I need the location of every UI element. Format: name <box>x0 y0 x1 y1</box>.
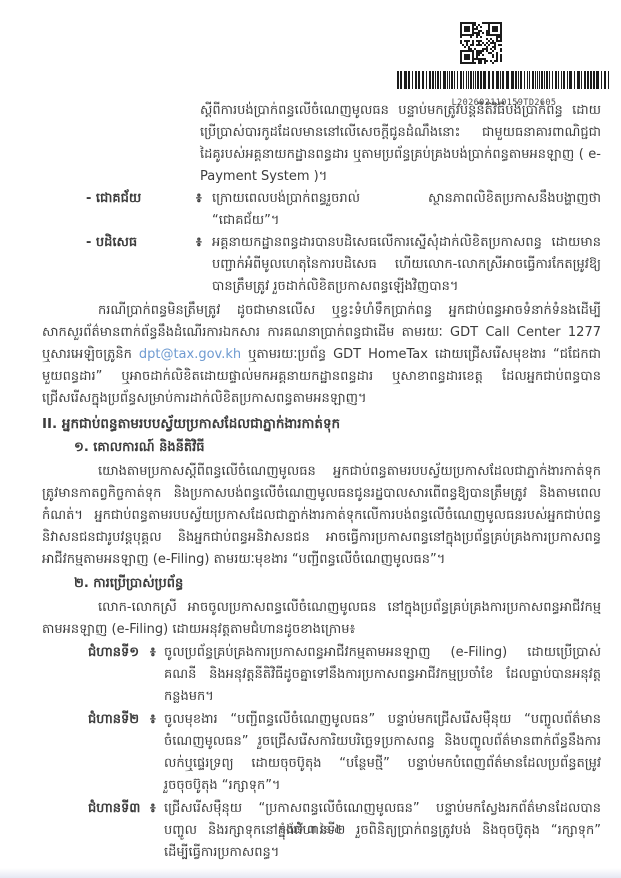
khmer-colon: ៖ <box>150 642 164 708</box>
step-label: ជំហានទី១ <box>88 642 150 708</box>
sub1-paragraph: យោងតាមប្រកាសស្ដីពីពន្ធលើចំណេញមូលធន អ្នកជ… <box>42 461 601 571</box>
status-item-success: - ជោគជ័យ ៖ ក្រោយពេលបង់ប្រាក់ពន្ធរួចរាល់ … <box>86 188 601 232</box>
sub1-heading: ១. គោលការណ៍ និងនីតិវិធី <box>74 437 601 459</box>
scan-edge-shadow <box>0 868 621 878</box>
barcode-icon <box>397 71 611 89</box>
qr-code-icon <box>460 22 502 64</box>
page-number: ទំព័រទី ៣ នៃ ៤ <box>0 822 621 838</box>
sub2-paragraph: លោក-លោកស្រី អាចចូលប្រកាសពន្ធលើចំណេញមូលធន… <box>42 597 601 641</box>
sub2-heading: ២. ការប្រើប្រាស់ប្រព័ន្ធ <box>74 573 601 595</box>
section2-heading: II. អ្នកជាប់ពន្ធតាមរបបស្វ័យប្រកាសដែលជាភ្… <box>42 413 601 435</box>
khmer-colon: ៖ <box>196 188 212 232</box>
status-description: ក្រោយពេលបង់ប្រាក់ពន្ធរួចរាល់ ស្ថានភាពលិខ… <box>212 188 601 232</box>
intro-paragraph: ស្ដីពីការបង់ប្រាក់ពន្ធលើចំណេញមូលធន បន្ទា… <box>200 100 601 188</box>
scanned-document-page: L202602110159TD2605 ស្ដីពីការបង់ប្រាក់ពន… <box>0 0 621 878</box>
code-block: L202602110159TD2605 <box>397 22 611 108</box>
contact-paragraph: ករណីប្រាក់ពន្ធមិនត្រឹមត្រូវ ដូចជាមានលើស … <box>42 300 601 410</box>
khmer-colon: ៖ <box>196 232 212 298</box>
step-description: ចូលប្រព័ន្ធគ្រប់គ្រងការប្រកាសពន្ធអាជីវកម… <box>164 642 601 708</box>
status-item-rejected: - បដិសេធ ៖ អគ្គនាយកដ្ឋានពន្ធដារបានបដិសេធ… <box>86 232 601 298</box>
step-2: ជំហានទី២ ៖ ចូលមុខងារ “បញ្ជីពន្ធលើចំណេញមូ… <box>88 709 601 797</box>
khmer-colon: ៖ <box>150 709 164 797</box>
step-1: ជំហានទី១ ៖ ចូលប្រព័ន្ធគ្រប់គ្រងការប្រកាស… <box>88 642 601 708</box>
status-description: អគ្គនាយកដ្ឋានពន្ធដារបានបដិសេធលើការស្នើសុ… <box>212 232 601 298</box>
email-link[interactable]: dpt@tax.gov.kh <box>139 347 241 362</box>
status-label: - បដិសេធ <box>86 232 196 298</box>
step-label: ជំហានទី២ <box>88 709 150 797</box>
document-body: ស្ដីពីការបង់ប្រាក់ពន្ធលើចំណេញមូលធន បន្ទា… <box>42 100 601 864</box>
status-label: - ជោគជ័យ <box>86 188 196 232</box>
step-description: ចូលមុខងារ “បញ្ជីពន្ធលើចំណេញមូលធន” បន្ទាប… <box>164 709 601 797</box>
